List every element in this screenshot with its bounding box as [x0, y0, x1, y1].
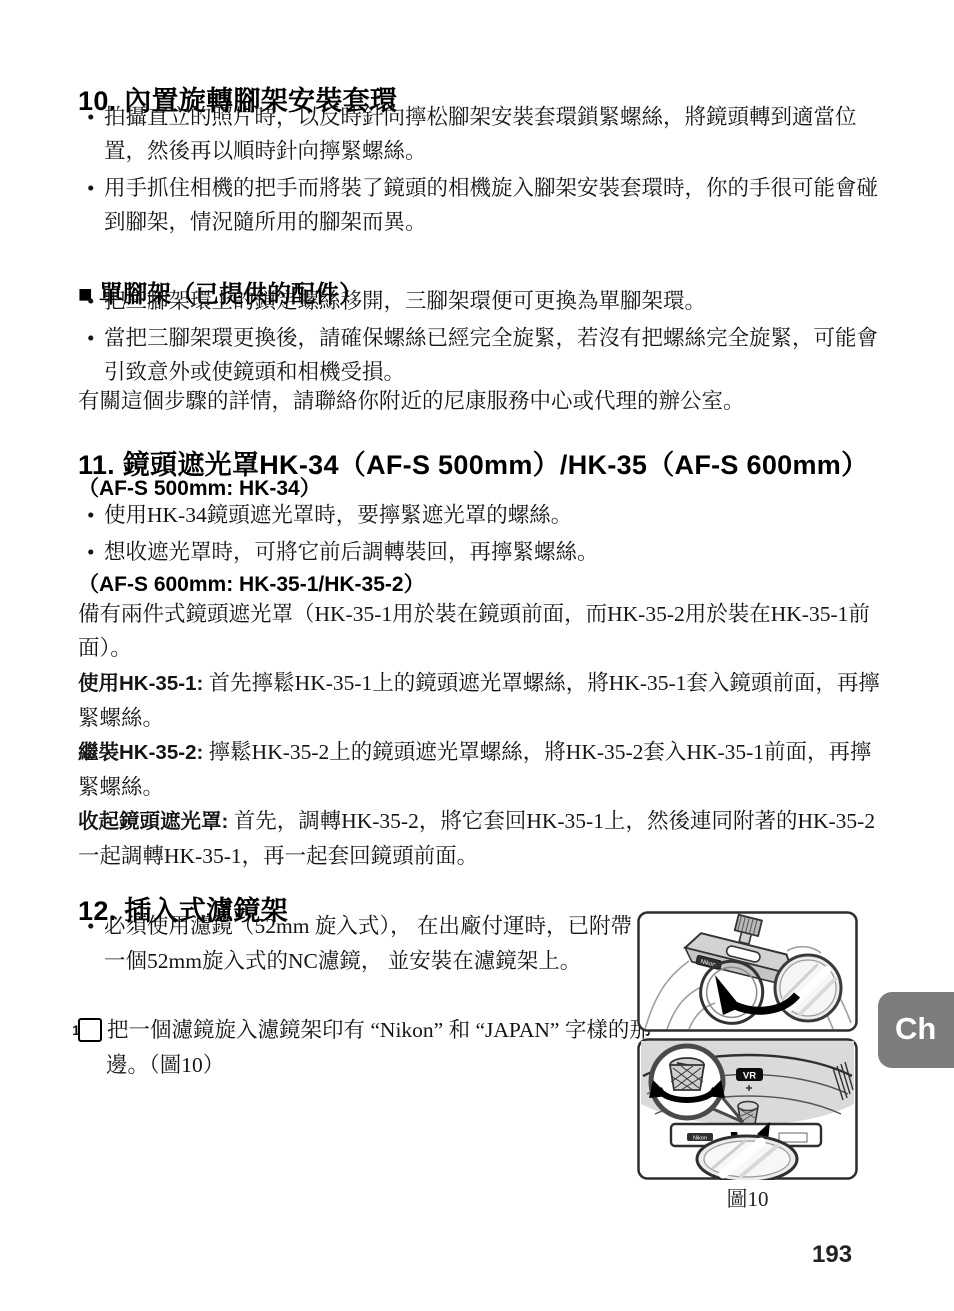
- monopod-bullets: •把三腳架環上的鎖定螺絲移開，三腳架環便可更換為單腳架環。 •當把三腳架環更換後…: [78, 284, 880, 392]
- hood-step-label: 使用HK-35-1:: [78, 672, 203, 695]
- section-11-subheading-600mm: （AF-S 600mm: HK-35-1/HK-35-2）: [78, 568, 425, 598]
- bullet-text: 必須使用濾鏡（52mm 旋入式）， 在出廠付運時，已附帶一個52mm旋入式的NC…: [104, 914, 632, 973]
- hood-steps: 使用HK-35-1: 首先擰鬆HK-35-1上的鏡頭遮光罩螺絲，將HK-35-1…: [78, 666, 880, 873]
- bullet-text: 當把三腳架環更換後，請確保螺絲已經完全旋緊，若沒有把螺絲完全旋緊，可能會引致意外…: [104, 326, 878, 384]
- list-item: •拍攝直立的照片時，以反時針向擰松腳架安裝套環鎖緊螺絲，將鏡頭轉到適當位置，然後…: [78, 100, 880, 168]
- filter-glass-icon: [697, 1136, 797, 1180]
- hood-step-label: 繼裝HK-35-2:: [78, 741, 203, 764]
- bullet-marker: •: [87, 909, 95, 944]
- figure-lens-filter-slot: VR Nikon: [637, 1038, 858, 1180]
- hood-step-label: 收起鏡頭遮光罩:: [78, 810, 228, 833]
- nikon-label: Nikon: [693, 1136, 707, 1142]
- monopod-note: 有關這個步驟的詳情，請聯絡你附近的尼康服務中心或代理的辦公室。: [78, 384, 880, 418]
- bullet-marker: •: [87, 284, 95, 318]
- filter-glass-icon: [775, 955, 841, 1021]
- vr-badge-label: VR: [743, 1071, 756, 1082]
- manual-page: 10. 內置旋轉腳架安裝套環 •拍攝直立的照片時，以反時針向擰松腳架安裝套環鎖緊…: [0, 0, 954, 1311]
- step-number-box: 1: [78, 1018, 102, 1042]
- filter-step-text: 把一個濾鏡旋入濾鏡架印有 “Nikon” 和 “JAPAN” 字樣的那邊。（圖1…: [106, 1018, 651, 1077]
- figure-caption: 圖10: [637, 1183, 858, 1213]
- list-item: •把三腳架環上的鎖定螺絲移開，三腳架環便可更換為單腳架環。: [78, 284, 880, 318]
- list-item: •用手抓住相機的把手而將裝了鏡頭的相機旋入腳架安裝套環時，你的手很可能會碰到腳架…: [78, 171, 880, 239]
- hood-step: 收起鏡頭遮光罩: 首先，調轉HK-35-2，將它套回HK-35-1上，然後連同附…: [78, 804, 880, 873]
- section-10-bullets: •拍攝直立的照片時，以反時針向擰松腳架安裝套環鎖緊螺絲，將鏡頭轉到適當位置，然後…: [78, 100, 880, 242]
- list-item: •當把三腳架環更換後，請確保螺絲已經完全旋緊，若沒有把螺絲完全旋緊，可能會引致意…: [78, 321, 880, 389]
- bullet-text: 把三腳架環上的鎖定螺絲移開，三腳架環便可更換為單腳架環。: [104, 289, 706, 313]
- list-item: •必須使用濾鏡（52mm 旋入式）， 在出廠付運時，已附帶一個52mm旋入式的N…: [78, 909, 636, 979]
- bullet-marker: •: [87, 171, 95, 205]
- hood-two-piece-paragraph: 備有兩件式鏡頭遮光罩（HK-35-1用於裝在鏡頭前面，而HK-35-2用於裝在H…: [78, 597, 880, 665]
- bullet-text: 使用HK-34鏡頭遮光罩時，要擰緊遮光罩的螺絲。: [104, 503, 572, 527]
- section-11-bullets: •使用HK-34鏡頭遮光罩時，要擰緊遮光罩的螺絲。 •想收遮光罩時，可將它前后調…: [78, 498, 880, 572]
- page-number: 193: [812, 1241, 852, 1269]
- hood-step: 使用HK-35-1: 首先擰鬆HK-35-1上的鏡頭遮光罩螺絲，將HK-35-1…: [78, 666, 880, 735]
- figure-filter-holder-hands: Nikon: [637, 911, 858, 1032]
- bullet-text: 想收遮光罩時，可將它前后調轉裝回，再擰緊螺絲。: [104, 540, 599, 564]
- chapter-tab-label: Ch: [878, 992, 954, 1066]
- hood-step: 繼裝HK-35-2: 擰鬆HK-35-2上的鏡頭遮光罩螺絲，將HK-35-2套入…: [78, 735, 880, 804]
- bullet-marker: •: [87, 100, 95, 134]
- list-item: •想收遮光罩時，可將它前后調轉裝回，再擰緊螺絲。: [78, 535, 880, 569]
- filter-step-1: 1把一個濾鏡旋入濾鏡架印有 “Nikon” 和 “JAPAN” 字樣的那邊。（圖…: [78, 1013, 666, 1083]
- list-item: •使用HK-34鏡頭遮光罩時，要擰緊遮光罩的螺絲。: [78, 498, 880, 532]
- bullet-marker: •: [87, 498, 95, 532]
- bullet-text: 拍攝直立的照片時，以反時針向擰松腳架安裝套環鎖緊螺絲，將鏡頭轉到適當位置，然後再…: [104, 105, 857, 163]
- bullet-marker: •: [87, 321, 95, 355]
- bullet-marker: •: [87, 535, 95, 569]
- chapter-tab-ch: Ch: [878, 992, 954, 1068]
- bullet-text: 用手抓住相機的把手而將裝了鏡頭的相機旋入腳架安裝套環時，你的手很可能會碰到腳架，…: [104, 176, 878, 234]
- section-12-bullets: •必須使用濾鏡（52mm 旋入式）， 在出廠付運時，已附帶一個52mm旋入式的N…: [78, 909, 636, 982]
